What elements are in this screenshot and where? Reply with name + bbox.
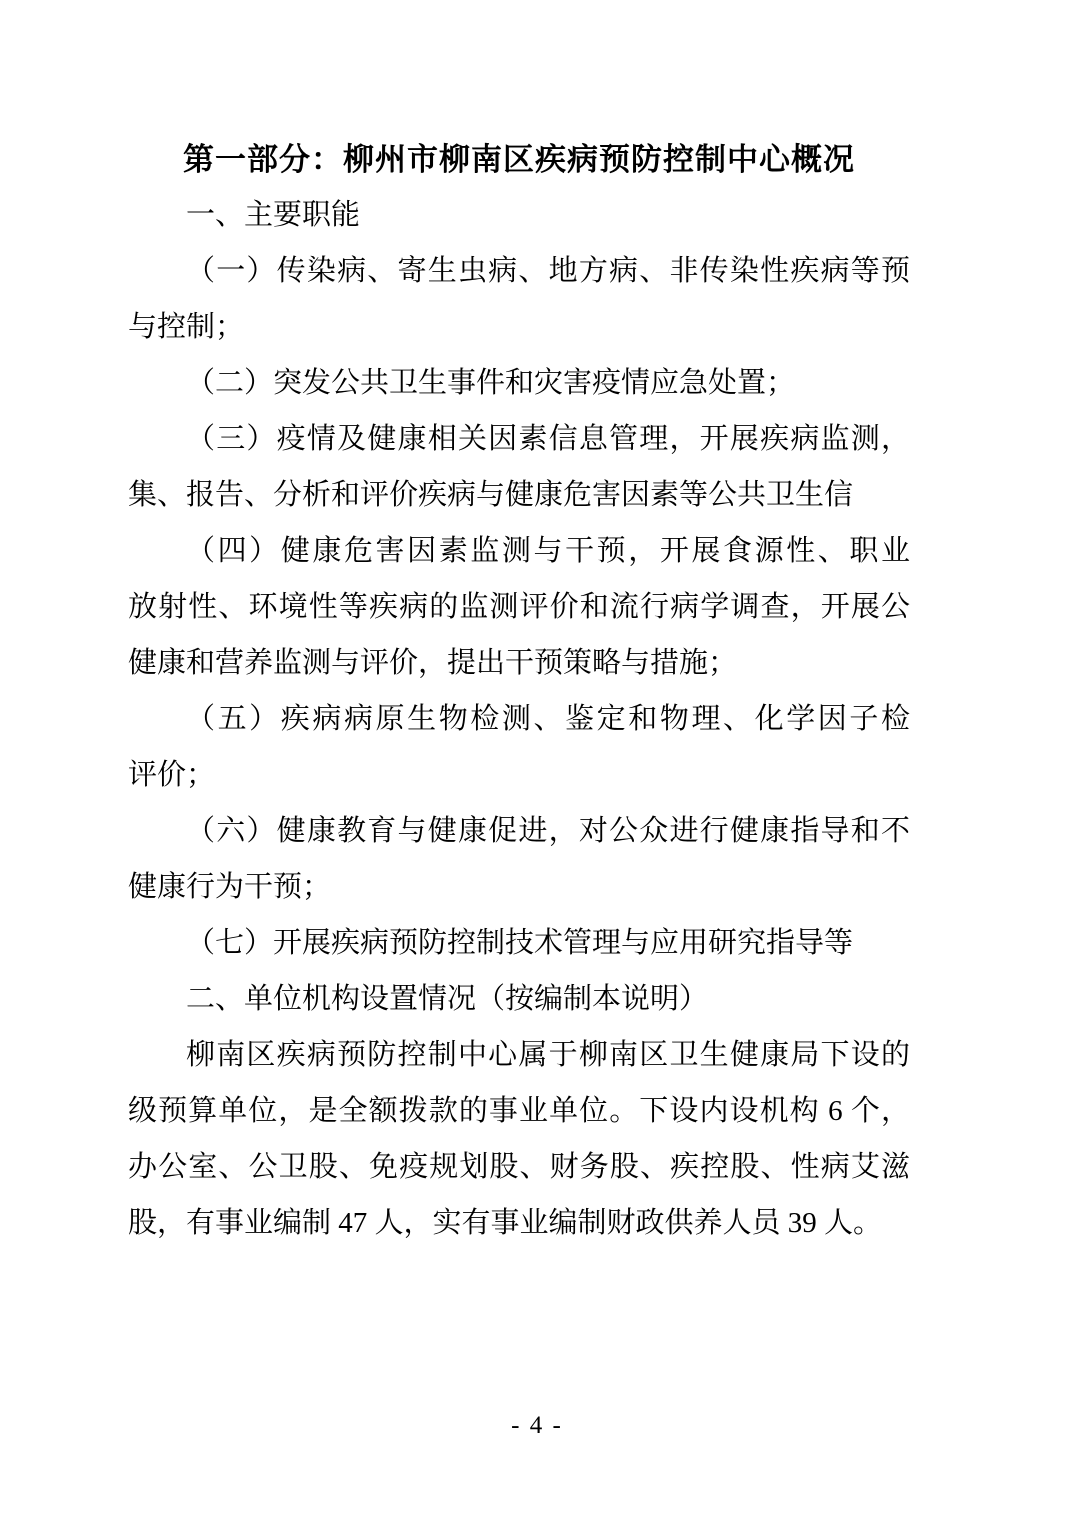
text-line: 柳南区疾病预防控制中心属于柳南区卫生健康局下设的二 [128,1027,910,1083]
page-number: - 4 - [0,1406,1074,1446]
text-line: （四）健康危害因素监测与干预，开展食源性、职业性、 [128,523,910,579]
text-line: （二）突发公共卫生事件和灾害疫情应急处置； [128,355,910,411]
text-line: 二、单位机构设置情况（按编制本说明） [128,971,910,1027]
document-page: 第一部分：柳州市柳南区疾病预防控制中心概况 一、主要职能（一）传染病、寄生虫病、… [0,0,1074,1520]
text-line: 评价； [128,747,910,803]
text-line: 健康和营养监测与评价，提出干预策略与措施； [128,635,910,691]
text-line: 与控制； [128,299,910,355]
text-line: 级预算单位，是全额拨款的事业单位。下设内设机构 6 个，有 [128,1083,910,1139]
text-line: 健康行为干预； [128,859,910,915]
text-line: （三）疫情及健康相关因素信息管理，开展疾病监测，收 [128,411,910,467]
document-body: 一、主要职能（一）传染病、寄生虫病、地方病、非传染性疾病等预防与控制；（二）突发… [128,187,910,1251]
text-line: 股，有事业编制 47 人，实有事业编制财政供养人员 39 人。 [128,1195,910,1251]
text-line: （七）开展疾病预防控制技术管理与应用研究指导等 [128,915,910,971]
text-line: 集、报告、分析和评价疾病与健康危害因素等公共卫生信息； [128,467,910,523]
document-title: 第一部分：柳州市柳南区疾病预防控制中心概况 [128,136,910,184]
text-line: （五）疾病病原生物检测、鉴定和物理、化学因子检测、 [128,691,910,747]
text-line: 放射性、环境性等疾病的监测评价和流行病学调查，开展公众 [128,579,910,635]
text-line: 一、主要职能 [128,187,910,243]
text-line: 办公室、公卫股、免疫规划股、财务股、疾控股、性病艾滋病 [128,1139,910,1195]
text-line: （一）传染病、寄生虫病、地方病、非传染性疾病等预防 [128,243,910,299]
text-line: （六）健康教育与健康促进，对公众进行健康指导和不良 [128,803,910,859]
